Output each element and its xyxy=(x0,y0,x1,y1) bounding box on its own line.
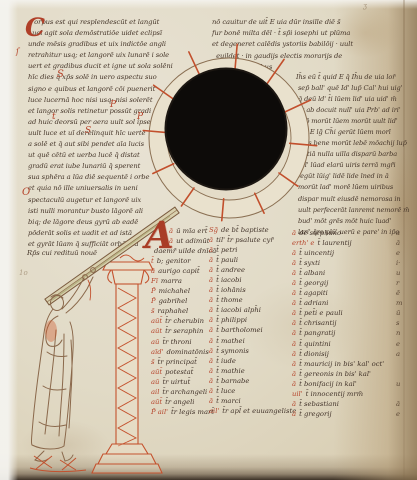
entry-text: t̄ laurentij xyxy=(317,239,351,247)
rubric-key: uil' xyxy=(292,390,303,398)
ground-strokes xyxy=(30,456,86,472)
list-item: āt̄ iohānis xyxy=(209,286,296,296)
rubric-key: ā xyxy=(209,236,213,244)
list-item: āt̄ pet̄i e pauliū xyxy=(292,309,414,319)
rubric-key: ā xyxy=(209,377,213,385)
entry-text: t̄ andree xyxy=(216,266,245,274)
list-column-1: āū mīa ert̄āut adimūtdaemr̄ uilde dnīcāt… xyxy=(151,227,216,418)
rubric-key: ā xyxy=(292,229,296,237)
entry-text: t̄ pauli xyxy=(216,256,238,264)
list-item: erth' et̄ laurentijā xyxy=(292,239,414,249)
rubric-key: ā xyxy=(209,367,213,375)
list-item: āt̄ georgijr xyxy=(292,279,414,289)
entry-text: ut adimūt xyxy=(176,237,209,245)
list-item: āut adimūt xyxy=(151,237,216,247)
list-item: āt̄ adrianim xyxy=(292,299,414,309)
list-item: āū mīa ert̄ xyxy=(151,227,216,237)
rubric-key: P̄ xyxy=(151,297,156,305)
list-item: āt̄ thome xyxy=(209,296,296,306)
rubric-key: aūt xyxy=(151,327,162,335)
list-item: P̄ ail't̄r legis mart̄ xyxy=(151,408,216,418)
list-item: āt̄ albaniu xyxy=(292,269,414,279)
rubric-key: ail' xyxy=(209,407,219,415)
list-item: āt̄ sebastianiā xyxy=(292,400,414,410)
rubric-key: ā xyxy=(292,259,296,267)
list-item: āt̄ pangratijn xyxy=(292,329,414,339)
entry-text: t̄ mathei xyxy=(216,337,245,345)
rubric-key: ā xyxy=(292,299,296,307)
entry-text: t̄ luce xyxy=(216,387,235,395)
list-item: āt̄ chrisantijs xyxy=(292,319,414,329)
list-item: aūtt̄r seraphin xyxy=(151,327,216,337)
rubric-key: ā xyxy=(292,360,296,368)
margin-letter: e xyxy=(396,410,400,418)
entry-text: michahel xyxy=(159,287,190,295)
list-item: āt̄ luce xyxy=(209,387,296,397)
rubric-key: ā xyxy=(292,329,296,337)
rubric-key: ā xyxy=(209,326,213,334)
list-item: uil't̄ innocentij mrm̄ xyxy=(292,390,414,400)
entry-text: t̄ syxti xyxy=(299,259,320,267)
entry-text: t̄ mathie xyxy=(216,367,245,375)
list-item: āt̄ agapitiē xyxy=(292,289,414,299)
list-item: āt̄ uincentije xyxy=(292,249,414,259)
rubric-key: ā xyxy=(292,380,296,388)
list-column-3: āde stephanoaerth' et̄ laurentijāāt̄ uin… xyxy=(292,229,414,420)
entry-text: t̄ iacobi xyxy=(216,276,242,284)
entry-text: t̄r apl̄ et euuangeliste xyxy=(222,407,296,415)
margin-letter: ā xyxy=(396,239,400,247)
rubric-key: t̄ xyxy=(151,257,154,265)
list-item: āde stephanoa xyxy=(292,229,414,239)
rubric-key: ail xyxy=(151,388,159,396)
rubric-key: P̄ ail' xyxy=(151,408,168,416)
list-item: āt̄ mathei xyxy=(209,337,296,347)
list-item: āt̄ bartholomei xyxy=(209,326,296,336)
entry-text: de bt̄ baptiste xyxy=(221,226,269,234)
list-item: āt̄ quintinie xyxy=(292,340,414,350)
list-item: āt̄ gereonis in bis' kal' xyxy=(292,370,414,380)
entry-text: dominatōnis xyxy=(166,348,208,356)
rubric-key: ā xyxy=(209,347,213,355)
list-item: āt̄ marci xyxy=(209,397,296,407)
list-item: āt̄ gregorije xyxy=(292,410,414,420)
rubric-key: ā xyxy=(209,256,213,264)
entry-text: t̄ thome xyxy=(216,296,243,304)
rubric-key: P̄ xyxy=(151,287,156,295)
entry-text: t̄ marci xyxy=(216,397,241,405)
entry-text: t̄r uirtut̄ xyxy=(162,378,190,386)
entry-text: t̄ uincentij xyxy=(299,249,334,257)
entry-text: t̄ sebastiani xyxy=(299,400,339,408)
rubric-key: ā xyxy=(292,319,296,327)
entry-text: t̄ symonis xyxy=(216,347,249,355)
list-item: āt̄ iacobi alph̄i xyxy=(209,306,296,316)
list-item: ail't̄r apl̄ et euuangeliste xyxy=(209,407,296,417)
entry-text: gabrihel xyxy=(159,297,188,305)
margin-letter: u xyxy=(396,269,400,277)
entry-text: t̄ gereonis in bis' kal' xyxy=(299,370,371,378)
rubric-key: ā xyxy=(292,410,296,418)
list-item: āt̄ mauricij in bis' kal' oct' xyxy=(292,360,414,370)
rubric-key: aū xyxy=(151,338,159,346)
entry-text: t̄ adriani xyxy=(299,299,328,307)
eclipse-disc xyxy=(166,69,287,190)
list-item: āt̄ dionisija xyxy=(292,350,414,360)
list-item: āt̄ symonis xyxy=(209,347,296,357)
list-item: āt̄ iude xyxy=(209,357,296,367)
rubric-key: Fī xyxy=(151,277,158,285)
rubric-key: ā xyxy=(292,309,296,317)
observer-figure xyxy=(32,268,96,462)
list-item: aūt̄potestat̄ xyxy=(151,368,216,378)
entry-text: t̄ iude xyxy=(216,357,236,365)
entry-text: daemr̄ uilde dnīcā xyxy=(154,247,216,255)
entry-text: t̄ innocentij mrm̄ xyxy=(306,390,363,398)
rubric-key: ā xyxy=(169,227,173,235)
entry-text: t̄r principat̄ xyxy=(158,358,197,366)
entry-text: de stephano xyxy=(299,229,341,237)
entry-text: aurigo capit̄ xyxy=(158,267,200,275)
margin-letter: r xyxy=(396,279,399,287)
entry-text: t̄ petri xyxy=(216,246,237,254)
rubric-key: ā xyxy=(292,350,296,358)
list-item: āt̄ pauli xyxy=(209,256,296,266)
list-item: Fīmarra xyxy=(151,277,216,287)
list-item: s̄raphahel xyxy=(151,307,216,317)
entry-text: marra xyxy=(161,277,182,285)
rubric-key: aūt̄ xyxy=(151,368,162,376)
rubric-key: ā xyxy=(209,266,213,274)
list-item: P̄gabrihel xyxy=(151,297,216,307)
list-item: Sg̃de bt̄ baptiste xyxy=(209,226,296,236)
entry-text: t̄r angeli xyxy=(165,398,194,406)
entry-text: t̄ iacobi alph̄i xyxy=(216,306,261,314)
rubric-key: ā xyxy=(292,340,296,348)
list-column-2: Sg̃de bt̄ baptisteātil' t̄r psalute cyr̄… xyxy=(209,226,296,417)
list-item: aūt̄t̄r cherubin xyxy=(151,317,216,327)
entry-text: raphahel xyxy=(158,307,189,315)
entry-text: t̄ philippi xyxy=(216,316,247,324)
margin-letter: s xyxy=(396,319,400,327)
rubric-key: ā xyxy=(209,246,213,254)
list-item: āt̄ mathie xyxy=(209,367,296,377)
list-item: aūt̄t̄r angeli xyxy=(151,398,216,408)
entry-text: til' t̄r psalute cyr̄ xyxy=(216,236,274,244)
entry-text: t̄r cherubin xyxy=(165,317,204,325)
list-item: aūt̄r uirtut̄ xyxy=(151,378,216,388)
entry-text: t̄ gregorij xyxy=(299,410,332,418)
entry-text: t̄ barnabe xyxy=(216,377,249,385)
rubric-key: ā xyxy=(209,306,213,314)
entry-text: t̄r legis mart̄ xyxy=(171,408,214,416)
margin-letter: m xyxy=(396,299,402,307)
rubric-key: aūt̄ xyxy=(151,317,162,325)
rubric-key: ā xyxy=(292,289,296,297)
rubric-key: ā xyxy=(292,279,296,287)
list-item: daemr̄ uilde dnīcā xyxy=(151,247,216,257)
entry-text: t̄ dionisij xyxy=(299,350,329,358)
list-item: āt̄ iacobi xyxy=(209,276,296,286)
rubric-key: aū xyxy=(151,378,159,386)
rubric-key: ā xyxy=(209,357,213,365)
entry-text: t̄ albani xyxy=(299,269,325,277)
list-item: āt̄ petri xyxy=(209,246,296,256)
margin-letter: n xyxy=(396,329,400,337)
entry-text: t̄ agapiti xyxy=(299,289,328,297)
rubric-key: ā xyxy=(292,400,296,408)
rubric-key: ā xyxy=(209,337,213,345)
rubric-key: aūt̄ xyxy=(151,398,162,406)
entry-text: t̄ georgij xyxy=(299,279,328,287)
entry-text: t̄ quintini xyxy=(299,340,331,348)
list-item: āt̄ barnabe xyxy=(209,377,296,387)
rubric-key: ā xyxy=(292,370,296,378)
rubric-key: ā xyxy=(209,286,213,294)
margin-letter: ā xyxy=(396,400,400,408)
rubric-key: ā xyxy=(151,267,155,275)
entry-text: t̄ iohānis xyxy=(216,286,246,294)
rubric-key: s̄ xyxy=(151,307,155,315)
rubric-key: ā xyxy=(169,237,173,245)
list-item: āt̄ bonifacij in kal'u xyxy=(292,380,414,390)
entry-text: t̄r archangeli xyxy=(162,388,207,396)
list-item: aūt̄r throni xyxy=(151,338,216,348)
rubric-key: ā xyxy=(292,249,296,257)
rubric-key: s̄ xyxy=(151,358,155,366)
list-item: P̄michahel xyxy=(151,287,216,297)
list-item: āt̄ philippi xyxy=(209,316,296,326)
rubric-key: Sg̃ xyxy=(209,226,218,234)
rubric-key: aīd' xyxy=(151,348,163,356)
margin-letter: a xyxy=(396,229,400,237)
entry-text: t̄r throni xyxy=(162,338,191,346)
list-item: aīd'dominatōnis xyxy=(151,348,216,358)
list-item: ailt̄r archangeli xyxy=(151,388,216,398)
entry-text: ū mīa ert̄ xyxy=(176,227,207,235)
rubric-key: ā xyxy=(209,397,213,405)
margin-letter: i· xyxy=(396,259,400,267)
list-item: āaurigo capit̄ xyxy=(151,267,216,277)
rubric-key: ā xyxy=(292,269,296,277)
entry-text: t̄ bartholomei xyxy=(216,326,263,334)
rubric-key: ā xyxy=(209,296,213,304)
entry-text: t̄ mauricij in bis' kal' oct' xyxy=(299,360,384,368)
margin-letter: a xyxy=(396,350,400,358)
entry-text: t̄r seraphin xyxy=(165,327,203,335)
rubric-key: ā xyxy=(209,387,213,395)
margin-letter: e xyxy=(396,249,400,257)
entry-text: t̄ pet̄i e pauli xyxy=(299,309,343,317)
list-item: āt̄ andree xyxy=(209,266,296,276)
rubric-key: ā xyxy=(209,276,213,284)
rubric-key: erth' e xyxy=(292,239,314,247)
entry-text: potestat̄ xyxy=(165,368,193,376)
list-item: āt̄ syxtii· xyxy=(292,259,414,269)
entry-text: t̄ bonifacij in kal' xyxy=(299,380,357,388)
margin-letter: u xyxy=(396,380,400,388)
rubric-key: ā xyxy=(209,316,213,324)
margin-letter: ū xyxy=(396,309,400,317)
margin-letter: ē xyxy=(396,289,400,297)
list-item: s̄t̄r principat̄ xyxy=(151,358,216,368)
entry-text: t̄ pangratij xyxy=(299,329,335,337)
entry-text: t̄ chrisantij xyxy=(299,319,336,327)
margin-letter: e xyxy=(396,340,400,348)
list-item: ātil' t̄r psalute cyr̄ xyxy=(209,236,296,246)
manuscript-scan: orpus est qui resplendescūt et langūt ue… xyxy=(0,0,417,480)
list-item: t̄b; genitor xyxy=(151,257,216,267)
entry-text: b; genitor xyxy=(157,257,191,265)
